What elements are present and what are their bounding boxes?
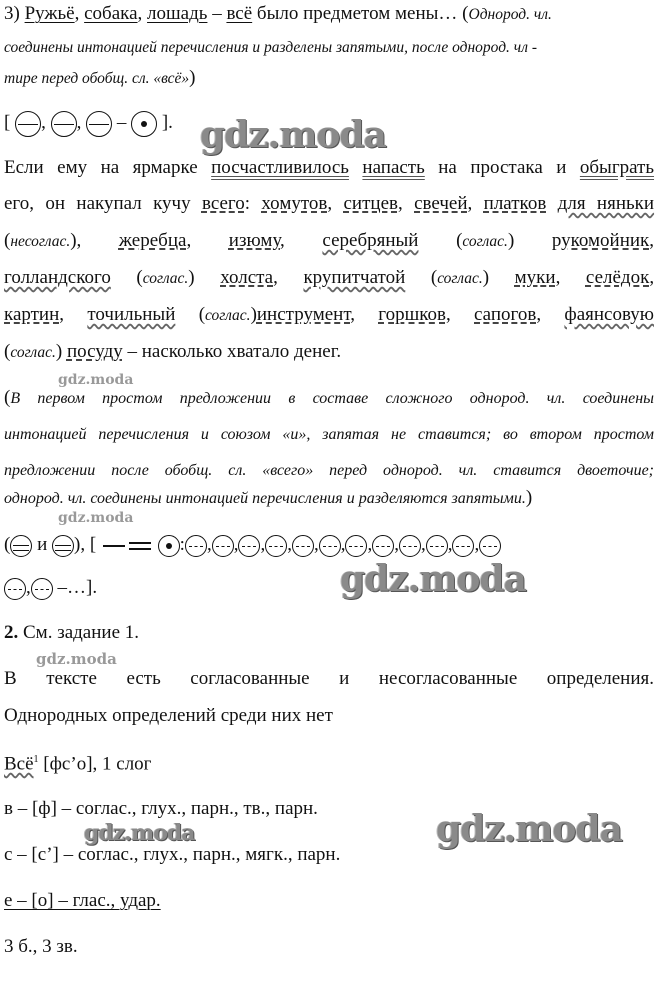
- note: соглас.: [437, 270, 483, 287]
- scheme-ending: –…].: [58, 577, 98, 598]
- homogeneous-member: собака: [84, 3, 137, 24]
- text: – насколько хватало денег.: [128, 341, 342, 362]
- object-word: рукомойник: [552, 230, 649, 251]
- homogeneous-subject-icon: [51, 111, 77, 137]
- homogeneous-object-icon: [399, 535, 421, 557]
- sentence-1: 3) Ружьё, собака, лошадь – всё было пред…: [4, 2, 654, 27]
- object-word: картин: [4, 304, 59, 325]
- generalizing-word-icon: [158, 535, 180, 557]
- homogeneous-object-icon: [238, 535, 260, 557]
- note: соглас.: [462, 233, 508, 250]
- conjunction: и: [37, 534, 47, 555]
- phonetic-row-text: е – [о] – глас., удар.: [4, 890, 161, 911]
- phonetic-heading: Всё1 [фс’о], 1 слог: [4, 748, 654, 776]
- sentence-rest: было предметом мены…: [257, 3, 458, 24]
- object-word: изюму: [229, 230, 280, 251]
- object-word: ситцев: [344, 193, 398, 214]
- paragraph-line: (соглас.) посуду – насколько хватало ден…: [4, 340, 654, 365]
- homogeneous-predicate-icon: [10, 535, 32, 557]
- predicate-icon: [129, 542, 151, 550]
- watermark: gdz.moda: [36, 650, 117, 668]
- task-2-line: В тексте есть согласованные и несогласов…: [4, 667, 654, 691]
- paragraph-line: голландского (соглас.) холста, крупитчат…: [4, 266, 654, 291]
- phonetic-row: с – [с’] – соглас., глух., парн., мягк.,…: [4, 843, 654, 867]
- note: соглас.: [143, 270, 189, 287]
- phonetic-row: е – [о] – глас., удар.: [4, 889, 654, 913]
- predicate-word: напасть: [362, 157, 424, 178]
- homogeneous-member: лошадь: [147, 3, 207, 24]
- attribute-word: голландского: [4, 267, 111, 288]
- homogeneous-object-icon: [319, 535, 341, 557]
- superscript: 1: [34, 754, 39, 765]
- comment-line: однород. чл. соединены интонацией перечи…: [4, 486, 654, 511]
- task-2-heading: 2. См. задание 1.: [4, 621, 654, 645]
- comment-line: тире перед обобщ. сл. «всё»): [4, 66, 654, 91]
- comment-text: тире перед обобщ. сл. «всё»: [4, 70, 189, 87]
- task-text: См. задание 1.: [23, 622, 139, 643]
- object-word: сапогов: [474, 304, 536, 325]
- object-word: всего: [202, 193, 245, 214]
- watermark: gdz.moda: [340, 558, 526, 600]
- object-word: горшков: [378, 304, 446, 325]
- sentence-scheme-2-cont: , –…].: [4, 573, 97, 603]
- homogeneous-subject-icon: [15, 111, 41, 137]
- object-word: селёдок: [586, 267, 649, 288]
- transcription: [фс’о], 1 слог: [43, 753, 151, 774]
- object-word: свечей: [414, 193, 467, 214]
- watermark: gdz.moda: [58, 510, 133, 526]
- comment-text: однород. чл. соединены интонацией перечи…: [4, 490, 526, 507]
- homogeneous-object-icon: [452, 535, 474, 557]
- analyzed-word: Всё: [4, 753, 34, 774]
- homogeneous-object-icon: [31, 578, 53, 600]
- sentence-scheme-1: [ , , – ].: [4, 108, 173, 138]
- predicate-word: посчастливилось: [211, 157, 349, 178]
- comment-text: Однород. чл.: [469, 6, 552, 23]
- text: Если ему на ярмарке: [4, 157, 198, 178]
- homogeneous-object-icon: [426, 535, 448, 557]
- generalizing-word: всё: [226, 3, 252, 24]
- attribute-word: фаянсовую: [564, 304, 654, 325]
- homogeneous-predicate-icon: [52, 535, 74, 557]
- phonetic-summary: 3 б., 3 зв.: [4, 935, 654, 959]
- comment-line: (В первом простом предложении в составе …: [4, 386, 654, 411]
- text: на простака и: [438, 157, 566, 178]
- object-word: посуду: [67, 341, 123, 362]
- homogeneous-subject-icon: [86, 111, 112, 137]
- generalizing-word-icon: [131, 111, 157, 137]
- text: его, он накупал кучу: [4, 193, 191, 214]
- homogeneous-member: Ружьё: [25, 3, 75, 24]
- attribute-word: крупитчатой: [303, 267, 405, 288]
- object-word: хомутов: [261, 193, 327, 214]
- predicate-word: обыграть: [580, 157, 654, 178]
- item-number: 3): [4, 3, 20, 24]
- homogeneous-object-icon: [479, 535, 501, 557]
- attribute-word: для няньки: [558, 193, 654, 214]
- task-number: 2.: [4, 622, 18, 643]
- object-word: платков: [484, 193, 547, 214]
- object-word: инструмент: [257, 304, 350, 325]
- homogeneous-object-icon: [292, 535, 314, 557]
- attribute-word: точильный: [87, 304, 175, 325]
- note: несоглас.: [10, 233, 70, 250]
- note: соглас.: [10, 344, 56, 361]
- paragraph-line: картин, точильный (соглас.)инструмент, г…: [4, 303, 654, 328]
- object-word: холста: [220, 267, 273, 288]
- attribute-word: серебряный: [322, 230, 418, 251]
- comment-line: интонацией перечисления и союзом «и», за…: [4, 423, 654, 447]
- paragraph-line: (несоглас.), жеребца, изюму, серебряный …: [4, 229, 654, 254]
- object-word: муки: [515, 267, 556, 288]
- task-2-line: Однородных определений среди них нет: [4, 704, 654, 728]
- homogeneous-object-icon: [212, 535, 234, 557]
- watermark: gdz.moda: [200, 114, 386, 156]
- subject-icon: [103, 545, 125, 547]
- comment-text: В первом простом предложении в составе с…: [10, 390, 654, 407]
- homogeneous-object-icon: [185, 535, 207, 557]
- comment-line: соединены интонацией перечисления и разд…: [4, 36, 654, 60]
- object-word: жеребца: [119, 230, 187, 251]
- comment-line: предложении после обобщ. сл. «всего» пер…: [4, 459, 654, 483]
- homogeneous-object-icon: [345, 535, 367, 557]
- note: соглас.: [205, 307, 251, 324]
- homogeneous-object-icon: [372, 535, 394, 557]
- paragraph-line: Если ему на ярмарке посчастливилось напа…: [4, 156, 654, 180]
- homogeneous-object-icon: [4, 578, 26, 600]
- paragraph-line: его, он накупал кучу всего: хомутов, сит…: [4, 192, 654, 216]
- homogeneous-object-icon: [265, 535, 287, 557]
- sentence-scheme-2: ( и ), [ :,,,,,,,,,,,: [4, 530, 501, 560]
